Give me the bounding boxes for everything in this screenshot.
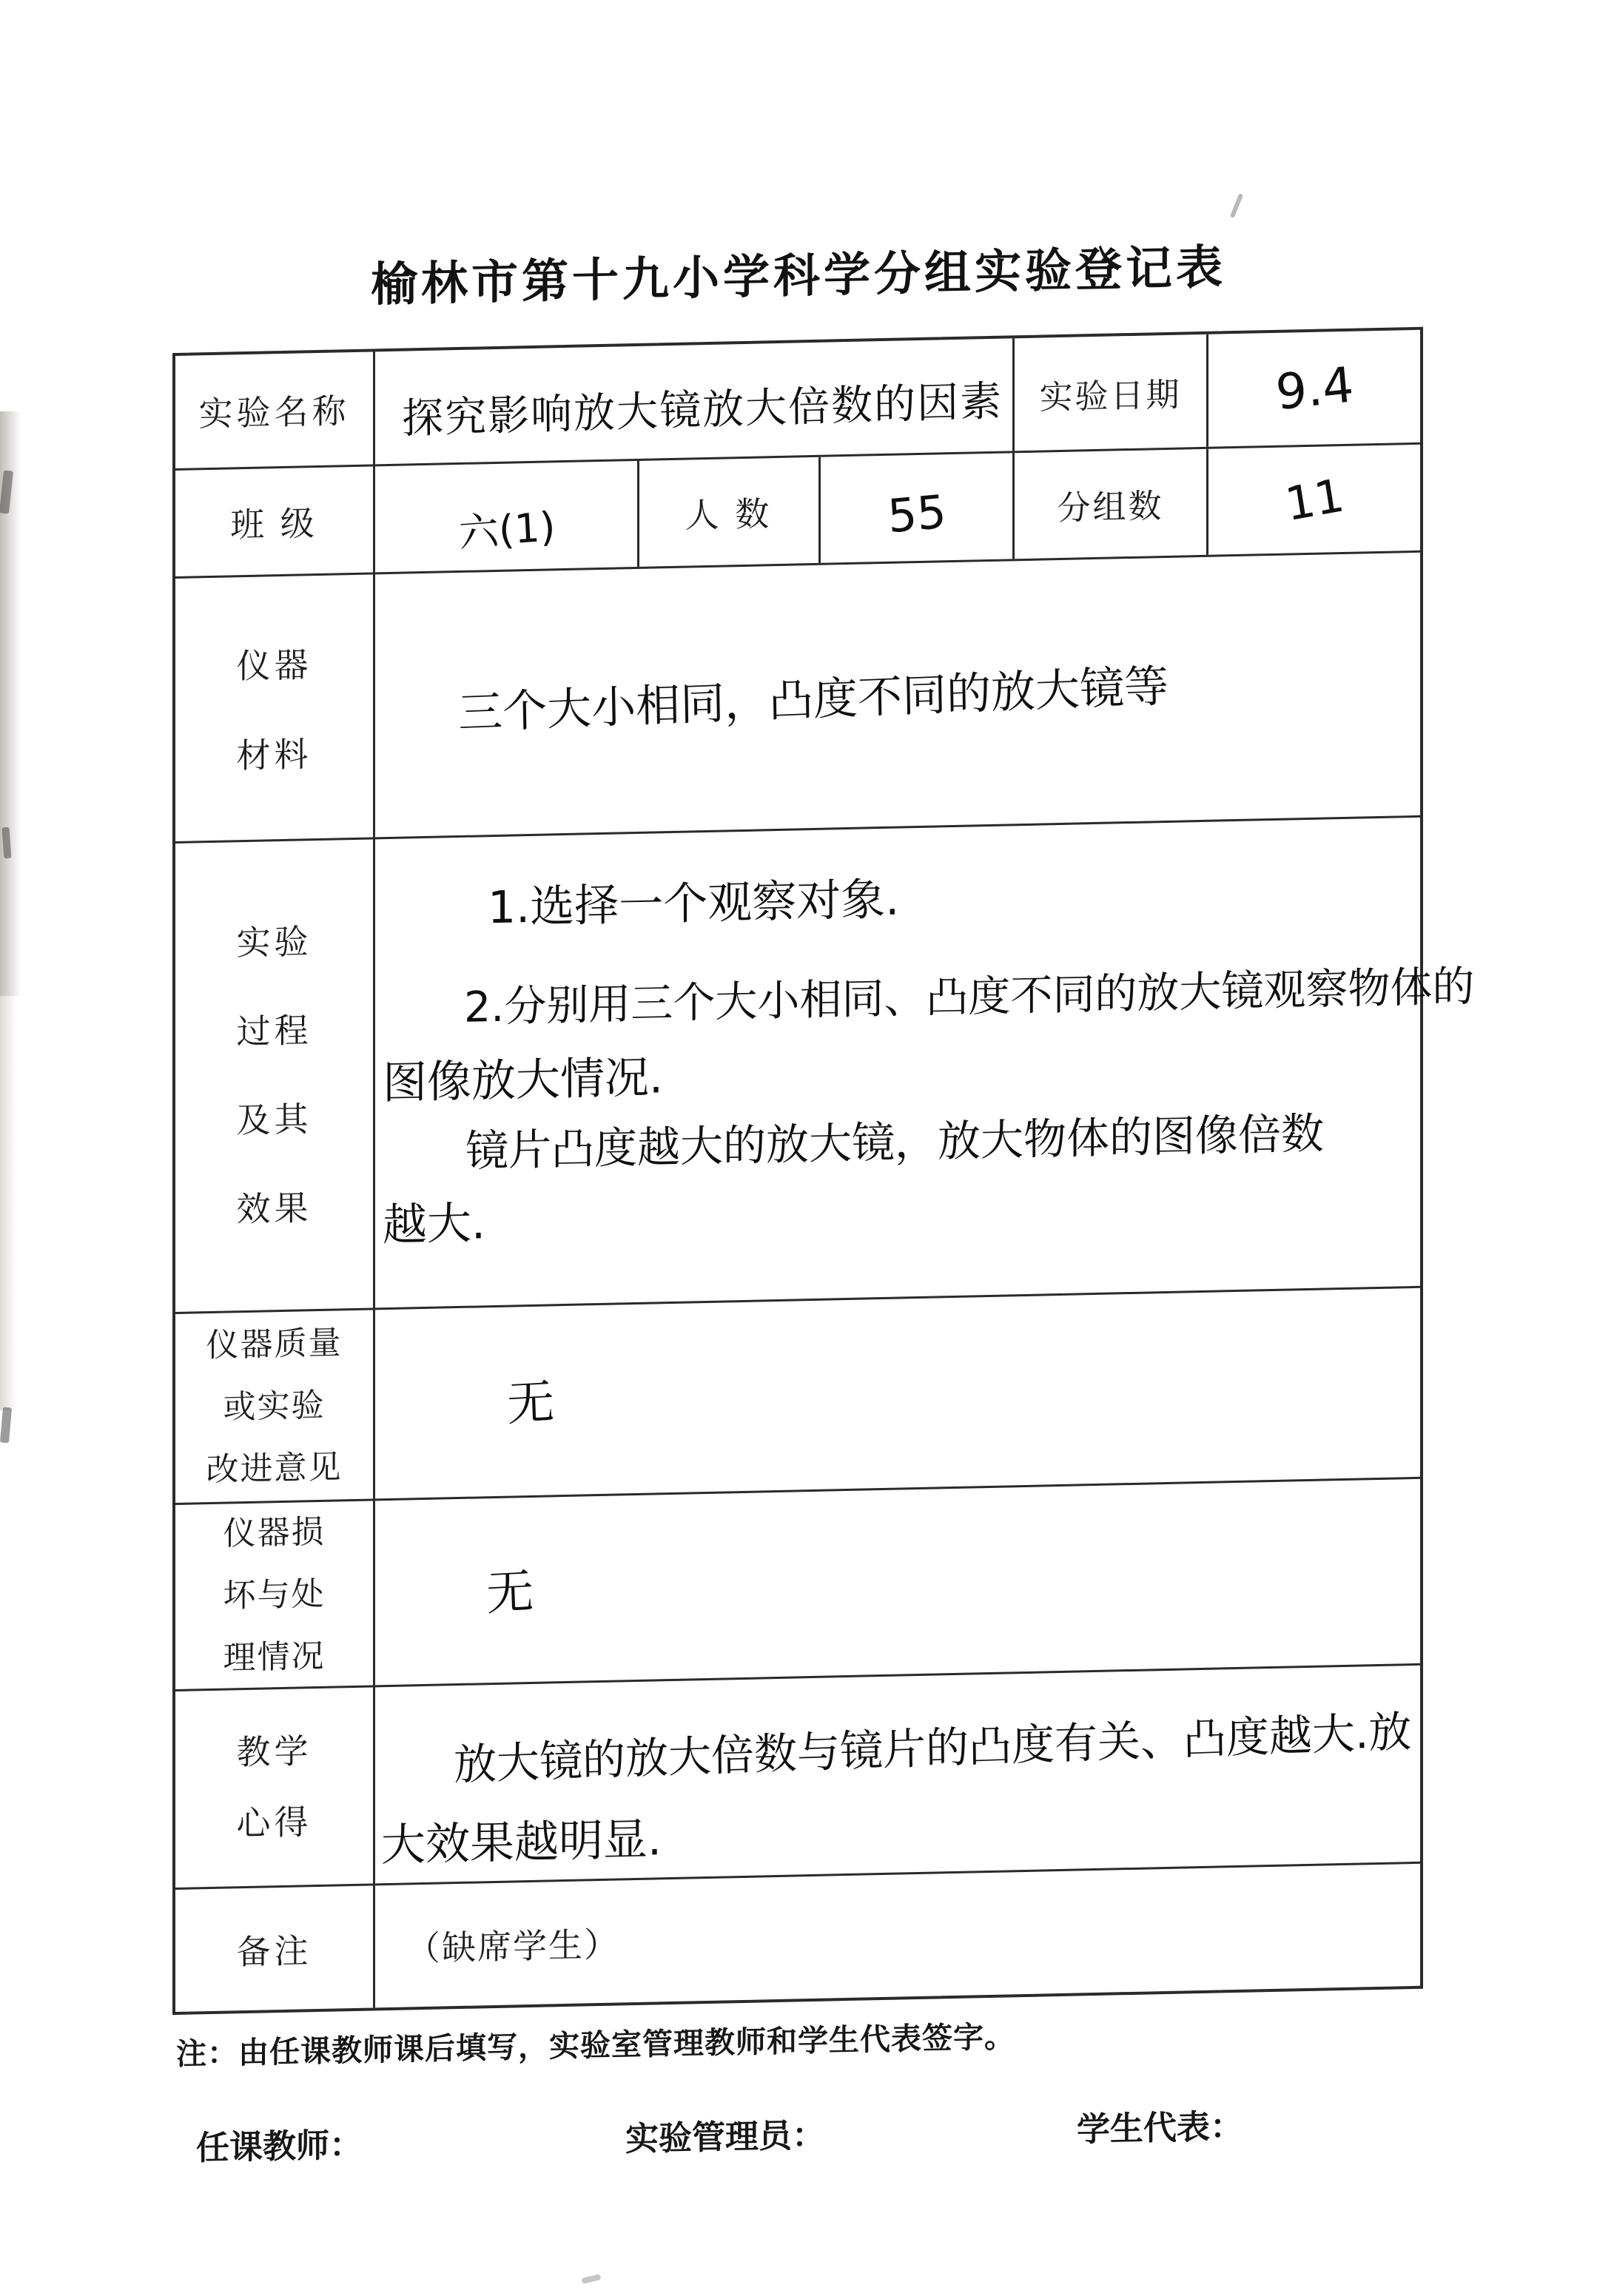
experiment-name-value: 探究影响放大镜放大倍数的因素 bbox=[375, 368, 1003, 446]
scan-artifact-pen-tick bbox=[1230, 193, 1243, 218]
experiment-name-label: 实验名称 bbox=[199, 384, 350, 436]
equipment-damage-label: 仪器损 坏与处 理情况 bbox=[175, 1501, 375, 1689]
remarks-value: （缺席学生） bbox=[375, 1917, 619, 1971]
form-title: 榆林市第十九小学科学分组实验登记表 bbox=[0, 222, 1597, 323]
equipment-quality-value: 无 bbox=[374, 1364, 555, 1441]
table-row: 仪器损 坏与处 理情况 无 bbox=[175, 1477, 1420, 1689]
group-count-label: 分组数 bbox=[1057, 479, 1163, 529]
footer-note: 注：由任课教师课后填写，实验室管理教师和学生代表签字。 bbox=[176, 2012, 1015, 2073]
procedure-value-line: 越大. bbox=[383, 1196, 485, 1252]
table-row: 仪器 材料 三个大小相同，凸度不同的放大镜等 bbox=[175, 551, 1420, 841]
teacher-signature-label: 任课教师： bbox=[196, 2118, 363, 2169]
group-count-value: 11 bbox=[1281, 468, 1347, 531]
table-row: 备注 （缺席学生） bbox=[175, 1862, 1420, 2012]
experiment-date-value: 9.4 bbox=[1273, 356, 1355, 421]
equipment-value: 三个大小相同，凸度不同的放大镜等 bbox=[374, 650, 1169, 744]
table-row: 教学 心得 放大镜的放大倍数与镜片的凸度有关、凸度越大.放 大效果越明显. bbox=[175, 1663, 1420, 1888]
teaching-notes-value-line: 放大镜的放大倍数与镜片的凸度有关、凸度越大.放 bbox=[454, 1703, 1412, 1793]
scanned-form-page: 榆林市第十九小学科学分组实验登记表 实验名称 探究影响放大镜放大倍数的因素 实验… bbox=[0, 0, 1597, 2296]
student-rep-signature-label: 学生代表： bbox=[1077, 2099, 1243, 2151]
table-row: 实验 过程 及其 效果 1.选择一个观察对象. 2.分别用三个大小相同、凸度不同… bbox=[175, 815, 1420, 1312]
remarks-label: 备注 bbox=[237, 1924, 312, 1974]
procedure-value-line: 镜片凸度越大的放大镜，放大物体的图像倍数 bbox=[465, 1107, 1324, 1178]
class-label: 班 级 bbox=[230, 496, 318, 546]
lab-manager-signature-label: 实验管理员： bbox=[625, 2108, 825, 2161]
teaching-notes-value: 放大镜的放大倍数与镜片的凸度有关、凸度越大.放 大效果越明显. bbox=[375, 1666, 1420, 1884]
student-count-label: 人 数 bbox=[685, 487, 773, 537]
student-count-value: 55 bbox=[886, 485, 948, 544]
procedure-value-line: 2.分别用三个大小相同、凸度不同的放大镜观察物体的 bbox=[464, 960, 1474, 1034]
experiment-table: 实验名称 探究影响放大镜放大倍数的因素 实验日期 9.4 班 级 六(1) bbox=[172, 327, 1423, 2015]
procedure-label: 实验 过程 及其 效果 bbox=[175, 839, 375, 1312]
equipment-label: 仪器 材料 bbox=[175, 574, 375, 841]
procedure-value-line: 1.选择一个观察对象. bbox=[488, 873, 899, 935]
equipment-damage-value: 无 bbox=[374, 1553, 534, 1630]
scanned-form-sheet: 榆林市第十九小学科学分组实验登记表 实验名称 探究影响放大镜放大倍数的因素 实验… bbox=[0, 0, 1597, 2296]
procedure-value-line: 图像放大情况. bbox=[383, 1051, 663, 1110]
table-row: 仪器质量 或实验 改进意见 无 bbox=[175, 1286, 1420, 1503]
class-value: 六(1) bbox=[457, 495, 557, 559]
equipment-quality-label: 仪器质量 或实验 改进意见 bbox=[175, 1310, 375, 1503]
teaching-notes-value-line: 大效果越明显. bbox=[381, 1811, 662, 1874]
teaching-notes-label: 教学 心得 bbox=[175, 1687, 375, 1888]
experiment-date-label: 实验日期 bbox=[1039, 367, 1181, 418]
procedure-value: 1.选择一个观察对象. 2.分别用三个大小相同、凸度不同的放大镜观察物体的 图像… bbox=[375, 818, 1420, 1308]
